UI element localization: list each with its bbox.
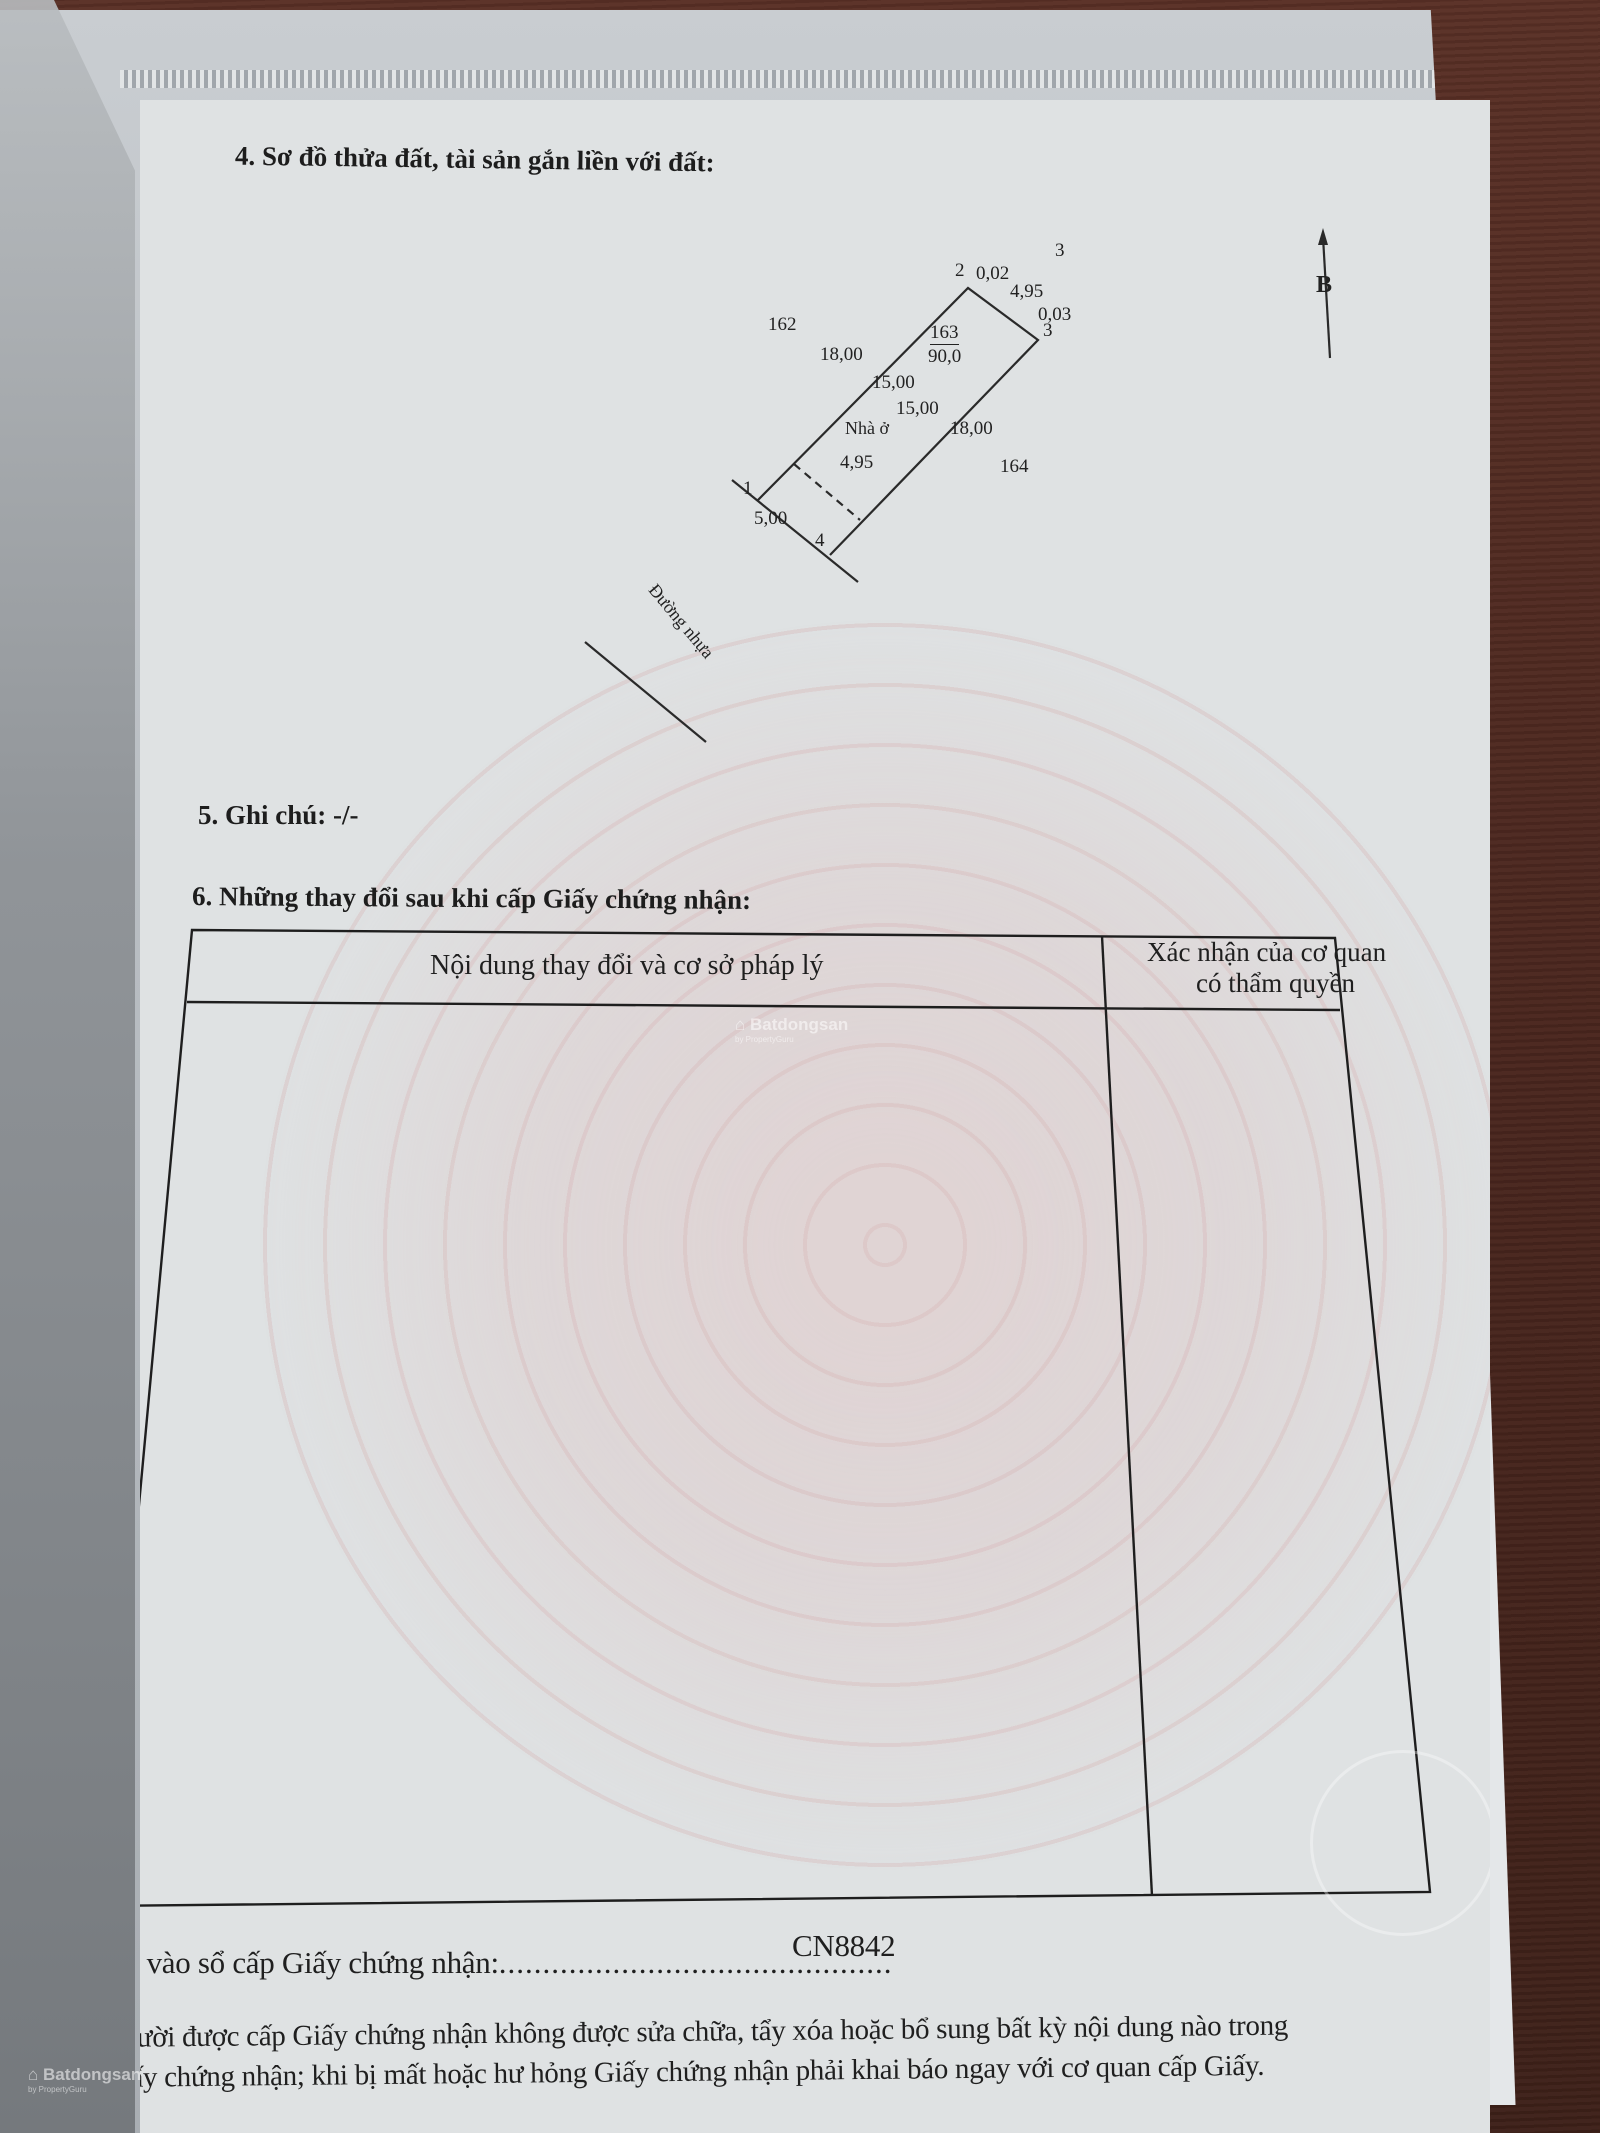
watermark-house-icon: ⌂ — [735, 1015, 750, 1034]
registry-label-text: Số vào sổ cấp Giấy chứng nhận: — [140, 1945, 499, 1980]
registry-number: CN8842 — [792, 1928, 895, 1964]
column-header-content: Nội dung thay đổi và cơ sở pháp lý — [430, 950, 824, 982]
sleeve-left-flap — [0, 0, 135, 2133]
certificate-page: 4. Sơ đồ thửa đất, tài sản gắn liền với … — [140, 100, 1490, 2133]
changes-table — [140, 100, 1490, 2133]
column-header-authority-line1: Xác nhận của cơ quan — [1147, 937, 1386, 968]
registry-label: Số vào sổ cấp Giấy chứng nhận:..........… — [140, 1945, 893, 1981]
watermark-logo: ⌂ Batdongsan by PropertyGuru — [735, 1015, 848, 1044]
watermark-brand: Batdongsan — [43, 2065, 141, 2084]
embossed-seal — [1310, 1750, 1490, 1936]
sleeve-zipper — [120, 70, 1440, 88]
watermark-brand: Batdongsan — [750, 1015, 848, 1034]
watermark-tagline: by PropertyGuru — [28, 2085, 141, 2094]
watermark-tagline: by PropertyGuru — [735, 1035, 848, 1044]
watermark-house-icon: ⌂ — [28, 2065, 43, 2084]
watermark-logo-corner: ⌂ Batdongsan by PropertyGuru — [28, 2065, 141, 2094]
column-header-authority-line2: có thẩm quyền — [1196, 968, 1355, 999]
